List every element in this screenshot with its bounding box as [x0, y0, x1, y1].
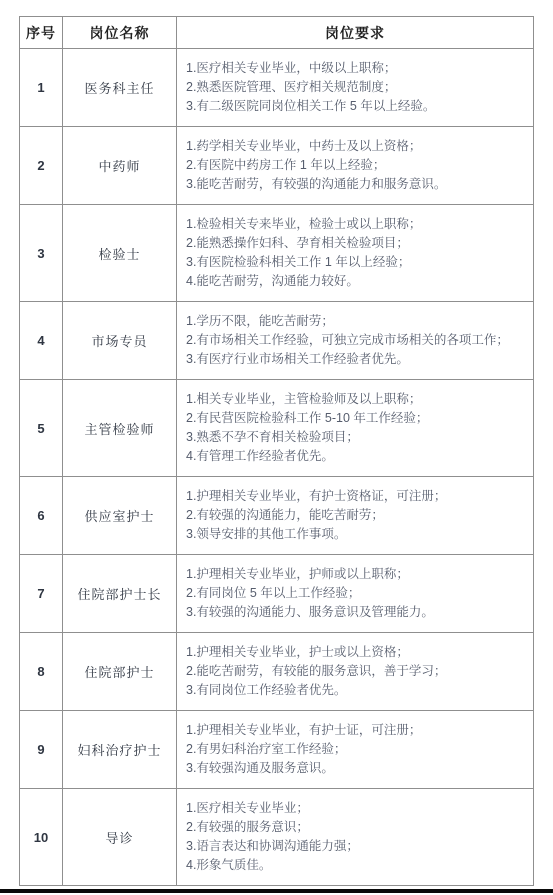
requirements-cell: 1.检验相关专来毕业，检验士或以上职称；2.能熟悉操作妇科、孕育相关检验项目；3… [177, 205, 534, 302]
requirement-line: 1.药学相关专业毕业，中药士及以上资格； [186, 137, 525, 156]
requirement-line: 3.有同岗位工作经验者优先。 [186, 681, 525, 700]
requirements-cell: 1.医疗相关专业毕业；2.有较强的服务意识；3.语言表达和协调沟通能力强；4.形… [177, 789, 534, 886]
table-row: 6 供应室护士 1.护理相关专业毕业，有护士资格证，可注册；2.有较强的沟通能力… [20, 477, 534, 555]
position-name-cell: 检验士 [63, 205, 177, 302]
bottom-divider-bar [0, 889, 553, 893]
table-row: 8 住院部护士 1.护理相关专业毕业，护士或以上资格；2.能吃苦耐劳，有较能的服… [20, 633, 534, 711]
requirement-line: 2.有较强的沟通能力，能吃苦耐劳； [186, 506, 525, 525]
requirement-line: 3.能吃苦耐劳，有较强的沟通能力和服务意识。 [186, 175, 525, 194]
requirement-line: 1.医疗相关专业毕业，中级以上职称； [186, 59, 525, 78]
requirement-line: 1.学历不限，能吃苦耐劳； [186, 312, 525, 331]
requirement-line: 2.有民营医院检验科工作 5-10 年工作经验； [186, 409, 525, 428]
requirement-line: 1.检验相关专来毕业，检验士或以上职称； [186, 215, 525, 234]
job-requirements-table: 序号 岗位名称 岗位要求 1 医务科主任 1.医疗相关专业毕业，中级以上职称；2… [19, 16, 534, 886]
table-row: 9 妇科治疗护士 1.护理相关专业毕业，有护士证，可注册；2.有男妇科治疗室工作… [20, 711, 534, 789]
requirement-line: 2.能吃苦耐劳，有较能的服务意识，善于学习； [186, 662, 525, 681]
requirement-line: 1.护理相关专业毕业，护士或以上资格； [186, 643, 525, 662]
requirement-line: 1.护理相关专业毕业，护师或以上职称； [186, 565, 525, 584]
requirement-line: 2.能熟悉操作妇科、孕育相关检验项目； [186, 234, 525, 253]
table-row: 10 导诊 1.医疗相关专业毕业；2.有较强的服务意识；3.语言表达和协调沟通能… [20, 789, 534, 886]
requirement-line: 4.有管理工作经验者优先。 [186, 447, 525, 466]
requirement-line: 2.有同岗位 5 年以上工作经验； [186, 584, 525, 603]
header-row: 序号 岗位名称 岗位要求 [20, 17, 534, 49]
requirements-cell: 1.护理相关专业毕业，有护士资格证，可注册；2.有较强的沟通能力，能吃苦耐劳；3… [177, 477, 534, 555]
requirement-line: 2.有较强的服务意识； [186, 818, 525, 837]
row-number-cell: 4 [20, 302, 63, 380]
requirement-line: 4.形象气质佳。 [186, 856, 525, 875]
requirement-line: 2.有医院中药房工作 1 年以上经验； [186, 156, 525, 175]
requirement-line: 3.有较强的沟通能力、服务意识及管理能力。 [186, 603, 525, 622]
header-position-name: 岗位名称 [63, 17, 177, 49]
row-number-cell: 7 [20, 555, 63, 633]
row-number-cell: 8 [20, 633, 63, 711]
requirement-line: 3.熟悉不孕不育相关检验项目； [186, 428, 525, 447]
requirements-cell: 1.学历不限，能吃苦耐劳；2.有市场相关工作经验，可独立完成市场相关的各项工作；… [177, 302, 534, 380]
requirements-cell: 1.护理相关专业毕业，护士或以上资格；2.能吃苦耐劳，有较能的服务意识，善于学习… [177, 633, 534, 711]
position-name-cell: 导诊 [63, 789, 177, 886]
requirement-line: 2.有市场相关工作经验，可独立完成市场相关的各项工作； [186, 331, 525, 350]
table-row: 4 市场专员 1.学历不限，能吃苦耐劳；2.有市场相关工作经验，可独立完成市场相… [20, 302, 534, 380]
position-name-cell: 医务科主任 [63, 49, 177, 127]
table-row: 3 检验士 1.检验相关专来毕业，检验士或以上职称；2.能熟悉操作妇科、孕育相关… [20, 205, 534, 302]
table-header: 序号 岗位名称 岗位要求 [20, 17, 534, 49]
row-number-cell: 2 [20, 127, 63, 205]
requirement-line: 3.有二级医院同岗位相关工作 5 年以上经验。 [186, 97, 525, 116]
job-requirements-table-wrap: 序号 岗位名称 岗位要求 1 医务科主任 1.医疗相关专业毕业，中级以上职称；2… [19, 16, 533, 886]
requirements-cell: 1.医疗相关专业毕业，中级以上职称；2.熟悉医院管理、医疗相关规范制度；3.有二… [177, 49, 534, 127]
table-row: 7 住院部护士长 1.护理相关专业毕业，护师或以上职称；2.有同岗位 5 年以上… [20, 555, 534, 633]
table-row: 2 中药师 1.药学相关专业毕业，中药士及以上资格；2.有医院中药房工作 1 年… [20, 127, 534, 205]
requirement-line: 2.熟悉医院管理、医疗相关规范制度； [186, 78, 525, 97]
position-name-cell: 妇科治疗护士 [63, 711, 177, 789]
table-body: 1 医务科主任 1.医疗相关专业毕业，中级以上职称；2.熟悉医院管理、医疗相关规… [20, 49, 534, 886]
requirement-line: 3.有医疗行业市场相关工作经验者优先。 [186, 350, 525, 369]
requirements-cell: 1.药学相关专业毕业，中药士及以上资格；2.有医院中药房工作 1 年以上经验；3… [177, 127, 534, 205]
requirement-line: 1.护理相关专业毕业，有护士证，可注册； [186, 721, 525, 740]
requirement-line: 3.领导安排的其他工作事项。 [186, 525, 525, 544]
position-name-cell: 住院部护士 [63, 633, 177, 711]
header-position-requirements: 岗位要求 [177, 17, 534, 49]
row-number-cell: 3 [20, 205, 63, 302]
row-number-cell: 10 [20, 789, 63, 886]
requirements-cell: 1.护理相关专业毕业，护师或以上职称；2.有同岗位 5 年以上工作经验；3.有较… [177, 555, 534, 633]
table-row: 1 医务科主任 1.医疗相关专业毕业，中级以上职称；2.熟悉医院管理、医疗相关规… [20, 49, 534, 127]
row-number-cell: 6 [20, 477, 63, 555]
row-number-cell: 5 [20, 380, 63, 477]
requirement-line: 3.有较强沟通及服务意识。 [186, 759, 525, 778]
requirement-line: 4.能吃苦耐劳，沟通能力较好。 [186, 272, 525, 291]
requirement-line: 1.护理相关专业毕业，有护士资格证，可注册； [186, 487, 525, 506]
requirements-cell: 1.护理相关专业毕业，有护士证，可注册；2.有男妇科治疗室工作经验；3.有较强沟… [177, 711, 534, 789]
requirement-line: 3.有医院检验科相关工作 1 年以上经验； [186, 253, 525, 272]
header-serial-number: 序号 [20, 17, 63, 49]
position-name-cell: 住院部护士长 [63, 555, 177, 633]
requirement-line: 1.医疗相关专业毕业； [186, 799, 525, 818]
row-number-cell: 1 [20, 49, 63, 127]
row-number-cell: 9 [20, 711, 63, 789]
position-name-cell: 主管检验师 [63, 380, 177, 477]
requirement-line: 2.有男妇科治疗室工作经验； [186, 740, 525, 759]
requirement-line: 1.相关专业毕业，主管检验师及以上职称； [186, 390, 525, 409]
requirement-line: 3.语言表达和协调沟通能力强； [186, 837, 525, 856]
table-row: 5 主管检验师 1.相关专业毕业，主管检验师及以上职称；2.有民营医院检验科工作… [20, 380, 534, 477]
position-name-cell: 市场专员 [63, 302, 177, 380]
requirements-cell: 1.相关专业毕业，主管检验师及以上职称；2.有民营医院检验科工作 5-10 年工… [177, 380, 534, 477]
position-name-cell: 中药师 [63, 127, 177, 205]
position-name-cell: 供应室护士 [63, 477, 177, 555]
